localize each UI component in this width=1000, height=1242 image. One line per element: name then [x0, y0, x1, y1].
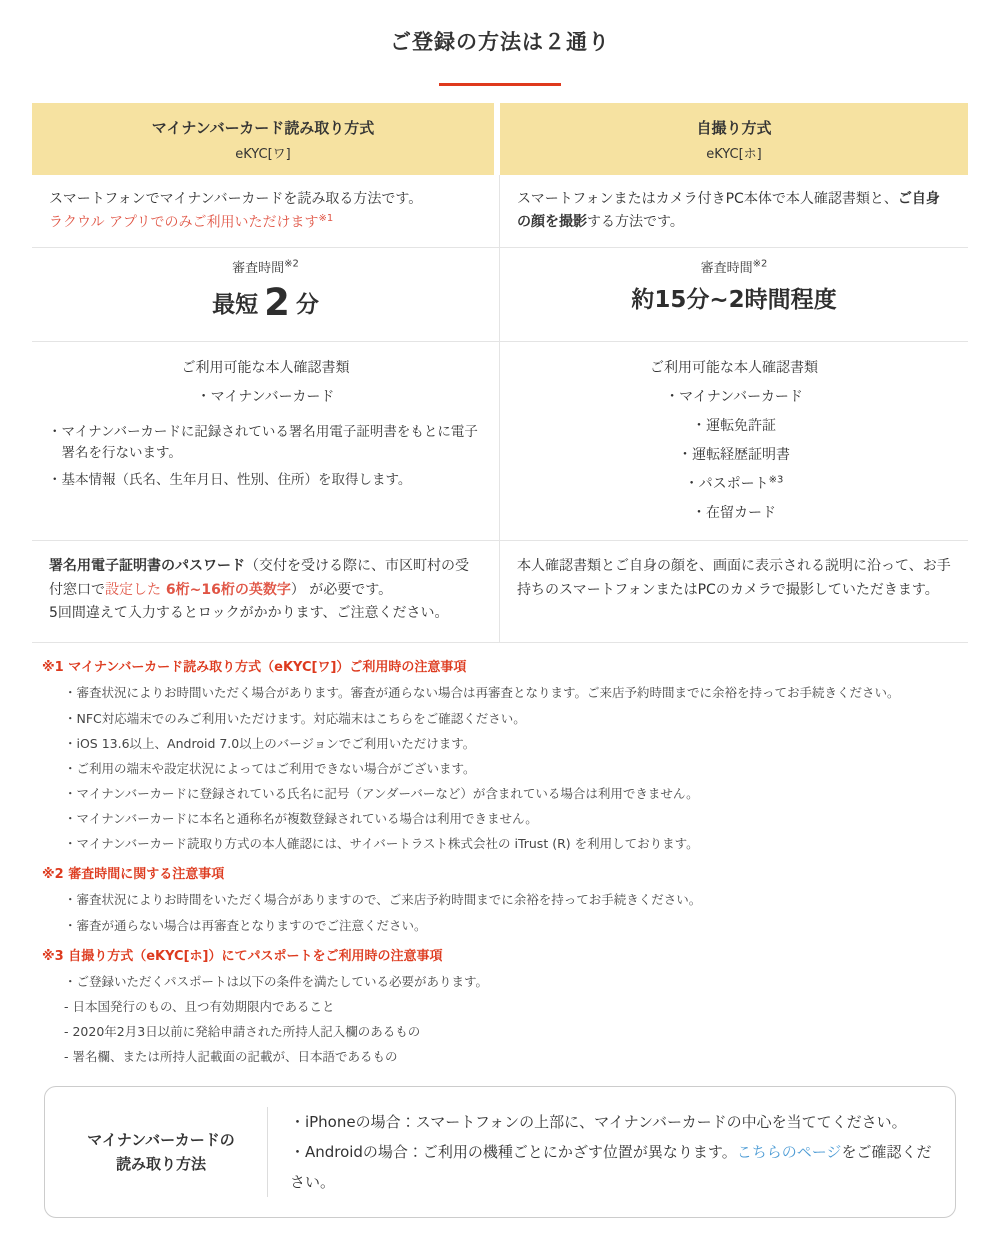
password-bold: 署名用電子証明書のパスワード [49, 558, 245, 574]
docs-item-mynumber: ・マイナンバーカード [512, 386, 956, 406]
label-line1: マイナンバーカードの [63, 1128, 259, 1153]
docs-item-mynumber-left: ・マイナンバーカード [44, 386, 487, 406]
page-title: ご登録の方法は２通り [0, 26, 1000, 56]
review-time-card-reading: 審査時間※2 最短2分 [32, 248, 500, 342]
footnotes-section: ※1 マイナンバーカード読み取り方式（eKYC[ワ]）ご利用時の注意事項 ・審査… [40, 659, 960, 1066]
review-label-text-right: 審査時間 [701, 261, 753, 276]
documents-card-reading: ご利用可能な本人確認書類 ・マイナンバーカード ・マイナンバーカードに記録されて… [32, 342, 500, 541]
review-time-value-left: 最短2分 [32, 281, 499, 324]
review-label-text: 審査時間 [232, 261, 284, 276]
footnote-1-item: ・NFC対応端末でのみご利用いただけます。対応端末はこちらをご確認ください。 [64, 710, 960, 728]
footnote-1-item: ・マイナンバーカードに本名と通称名が複数登録されている場合は利用できません。 [64, 810, 960, 828]
footnote-3-item: ・ご登録いただくパスポートは以下の条件を満たしている必要があります。 [64, 973, 960, 991]
card-reading-subtitle: eKYC[ワ] [40, 143, 486, 162]
footnote-ref-2: ※2 [284, 259, 299, 270]
docs-notes-left: ・マイナンバーカードに記録されている署名用電子証明書をもとに電子署名を行ないます… [44, 422, 487, 491]
docs-title-right: ご利用可能な本人確認書類 [512, 357, 956, 377]
time-big-number: 2 [264, 281, 290, 324]
footnote-3-heading: ※3 自撮り方式（eKYC[ホ]）にてパスポートをご利用時の注意事項 [42, 948, 960, 966]
password-requirement-text: 署名用電子証明書のパスワード（交付を受ける際に、市区町村の受付窓口で設定した 6… [49, 555, 482, 603]
review-time-selfie: 審査時間※2 約15分~2時間程度 [500, 248, 968, 342]
password-red2: 6桁~16桁の英数字 [161, 582, 291, 598]
rakuul-app-note: ラクウル アプリでのみご利用いただけます [49, 215, 318, 231]
footnote-block-1: ※1 マイナンバーカード読み取り方式（eKYC[ワ]）ご利用時の注意事項 ・審査… [42, 659, 960, 853]
selfie-description: スマートフォンまたはカメラ付きPC本体で本人確認書類と、ご自身の顔を撮影する方法… [500, 175, 968, 248]
footnote-3-item: - 2020年2月3日以前に発給申請された所持人記入欄のあるもの [64, 1023, 960, 1041]
documents-selfie: ご利用可能な本人確認書類 ・マイナンバーカード ・運転免許証 ・運転経歴証明書 … [500, 342, 968, 541]
docs-item-driving-history: ・運転経歴証明書 [512, 444, 956, 464]
review-time-label-left: 審査時間※2 [32, 257, 499, 276]
iphone-instruction: ・iPhoneの場合：スマートフォンの上部に、マイナンバーカードの中心を当ててく… [290, 1107, 937, 1137]
passport-text: ・パスポート [685, 476, 769, 492]
photo-capture-instruction: 本人確認書類とご自身の顔を、画面に表示される説明に沿って、お手持ちのスマートフォ… [500, 541, 968, 643]
footnote-1-item: ・審査状況によりお時間いただく場合があります。審査が通らない場合は再審査となりま… [64, 684, 960, 702]
card-reading-desc-line1: スマートフォンでマイナンバーカードを読み取る方法です。 [49, 188, 482, 211]
selfie-desc-text1: スマートフォンまたはカメラ付きPC本体で本人確認書類と、 [517, 191, 898, 207]
selfie-title: 自撮り方式 [508, 117, 960, 138]
footnote-ref-1: ※1 [318, 213, 333, 224]
title-underline [439, 83, 561, 86]
header-selfie-method: 自撮り方式 eKYC[ホ] [500, 103, 968, 175]
footnote-3-item: - 署名欄、または所持人記載面の記載が、日本語であるもの [64, 1048, 960, 1066]
footnote-1-item: ・ご利用の端末や設定状況によってはご利用できない場合がございます。 [64, 760, 960, 778]
footnote-1-item: ・マイナンバーカードに登録されている氏名に記号（アンダーバーなど）が含まれている… [64, 785, 960, 803]
registration-methods-page: ご登録の方法は２通り マイナンバーカード読み取り方式 eKYC[ワ] 自撮り方式… [0, 0, 1000, 1218]
selfie-desc-text2: する方法です。 [587, 214, 684, 230]
review-time-label-right: 審査時間※2 [500, 257, 968, 276]
android-instruction: ・Androidの場合：ご利用の機種ごとにかざす位置が異なります。こちらのページ… [290, 1137, 937, 1197]
footnote-block-3: ※3 自撮り方式（eKYC[ホ]）にてパスポートをご利用時の注意事項 ・ご登録い… [42, 948, 960, 1067]
password-text2: ） が必要です。 [291, 582, 392, 598]
card-reading-instructions: ・iPhoneの場合：スマートフォンの上部に、マイナンバーカードの中心を当ててく… [290, 1107, 937, 1197]
docs-note-signature: ・マイナンバーカードに記録されている署名用電子証明書をもとに電子署名を行ないます… [48, 422, 483, 464]
android-text: ・Androidの場合：ご利用の機種ごとにかざす位置が異なります。 [290, 1143, 737, 1161]
card-reading-method-box: マイナンバーカードの 読み取り方法 ・iPhoneの場合：スマートフォンの上部に… [44, 1086, 956, 1218]
docs-title-left: ご利用可能な本人確認書類 [44, 357, 487, 377]
time-suffix: 分 [296, 292, 319, 318]
review-time-value-right: 約15分~2時間程度 [500, 281, 968, 314]
comparison-table: マイナンバーカード読み取り方式 eKYC[ワ] 自撮り方式 eKYC[ホ] スマ… [32, 103, 968, 643]
header-card-reading-method: マイナンバーカード読み取り方式 eKYC[ワ] [32, 103, 500, 175]
footnote-ref-3: ※3 [769, 474, 784, 485]
card-reading-description: スマートフォンでマイナンバーカードを読み取る方法です。 ラクウル アプリでのみご… [32, 175, 500, 248]
footnote-block-2: ※2 審査時間に関する注意事項 ・審査状況によりお時間をいただく場合がありますの… [42, 866, 960, 934]
docs-item-residence-card: ・在留カード [512, 502, 956, 522]
card-reading-desc-note: ラクウル アプリでのみご利用いただけます※1 [49, 211, 482, 235]
docs-item-drivers-license: ・運転免許証 [512, 415, 956, 435]
password-red1: 設定した [105, 582, 161, 598]
footnote-1-heading: ※1 マイナンバーカード読み取り方式（eKYC[ワ]）ご利用時の注意事項 [42, 659, 960, 677]
card-reading-method-label: マイナンバーカードの 読み取り方法 [63, 1128, 259, 1178]
footnote-2-heading: ※2 審査時間に関する注意事項 [42, 866, 960, 884]
selfie-subtitle: eKYC[ホ] [508, 143, 960, 162]
footnote-2-item: ・審査が通らない場合は再審査となりますのでご注意ください。 [64, 917, 960, 935]
footnote-1-item: ・マイナンバーカード読取り方式の本人確認には、サイバートラスト株式会社の iTr… [64, 835, 960, 853]
footer-divider [267, 1107, 268, 1197]
docs-note-basic-info: ・基本情報（氏名、生年月日、性別、住所）を取得します。 [48, 470, 483, 491]
android-position-page-link[interactable]: こちらのページ [737, 1143, 842, 1161]
footnote-1-item: ・iOS 13.6以上、Android 7.0以上のバージョンでご利用いただけま… [64, 735, 960, 753]
footnote-2-item: ・審査状況によりお時間をいただく場合がありますので、ご来店予約時間までに余裕を持… [64, 891, 960, 909]
card-reading-title: マイナンバーカード読み取り方式 [40, 117, 486, 138]
label-line2: 読み取り方法 [63, 1152, 259, 1177]
footnote-ref-2-right: ※2 [753, 259, 768, 270]
time-prefix: 最短 [212, 292, 258, 318]
docs-item-passport: ・パスポート※3 [512, 473, 956, 493]
password-requirement: 署名用電子証明書のパスワード（交付を受ける際に、市区町村の受付窓口で設定した 6… [32, 541, 500, 643]
footnote-3-item: - 日本国発行のもの、且つ有効期限内であること [64, 998, 960, 1016]
password-lock-warning: 5回間違えて入力するとロックがかかります、ご注意ください。 [49, 602, 482, 626]
